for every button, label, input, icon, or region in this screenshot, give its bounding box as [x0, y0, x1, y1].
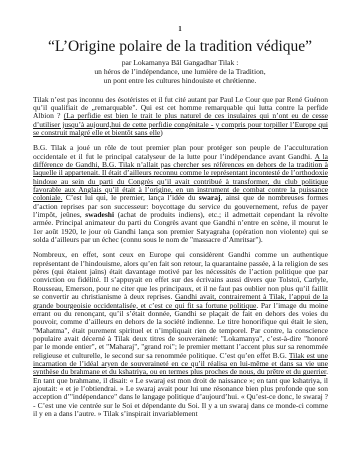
page-number: 1 — [0, 25, 360, 33]
document-title: “L’Origine polaire de la tradition védiq… — [8, 38, 352, 55]
subtitle-line-bridge: un pont entre les cultures hindouiste et… — [0, 76, 360, 85]
subtitle-line-author: par Lokamanya Bâl Gangadhar Tilak : — [0, 58, 360, 67]
document-subtitle: par Lokamanya Bâl Gangadhar Tilak : un h… — [0, 58, 360, 86]
paragraph-tilak-role: B.G. Tilak a joué un rôle de tout premie… — [33, 144, 328, 244]
subtitle-line-hero: un héros de l’indépendance, une lumière … — [0, 67, 360, 76]
document-body: Tilak n’est pas inconnu des ésotéristes … — [33, 96, 328, 419]
paragraph-gandhi-comparison: Nombreux, en effet, sont ceux en Europe … — [33, 251, 328, 418]
document-page: 1 “L’Origine polaire de la tradition véd… — [0, 0, 360, 466]
paragraph-intro-tilak: Tilak n’est pas inconnu des ésotéristes … — [33, 96, 328, 138]
